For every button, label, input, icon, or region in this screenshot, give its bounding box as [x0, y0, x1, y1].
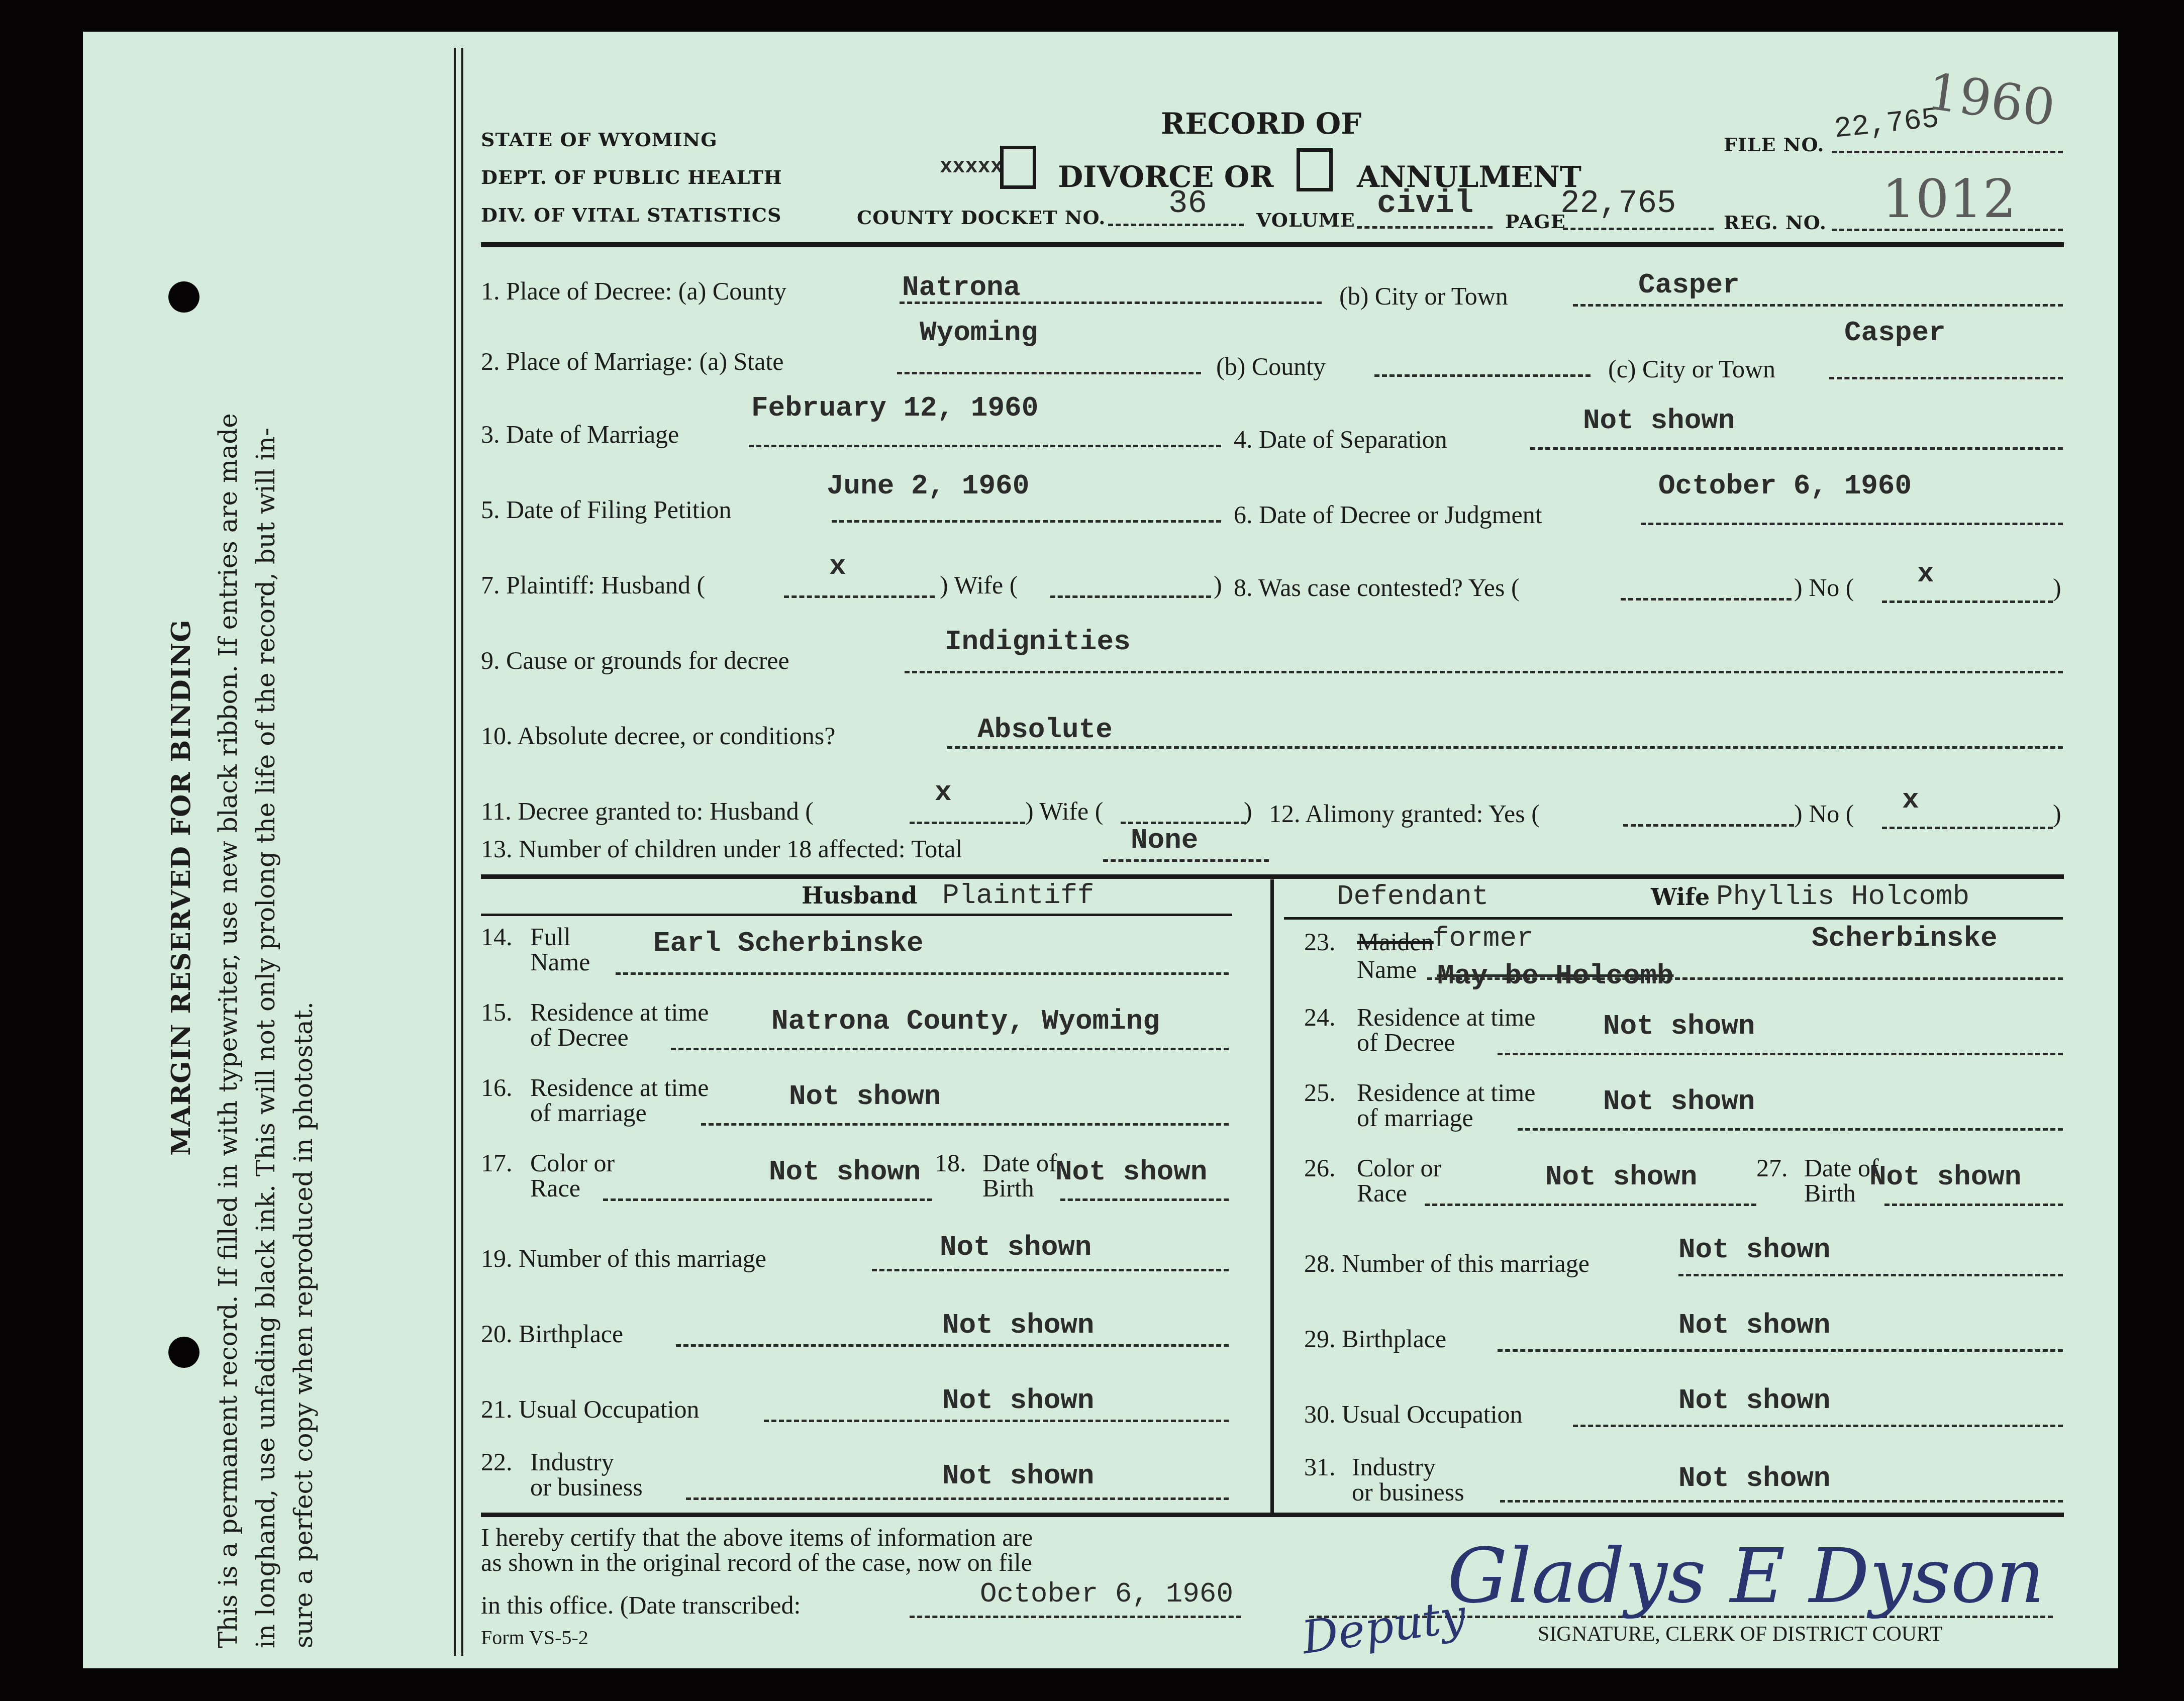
item-7-label: 7. Plaintiff: Husband ( — [481, 570, 705, 599]
item-4-label: 4. Date of Separation — [1234, 425, 1447, 454]
item-15-num: 15. — [481, 997, 513, 1027]
form-title-record-of: RECORD OF — [1161, 107, 1362, 141]
item-2-state-line — [897, 372, 1201, 374]
agency-division: DIV. OF VITAL STATISTICS — [481, 204, 782, 226]
item-22-value[interactable]: Not shown — [942, 1460, 1094, 1492]
item-28-label: 28. Number of this marriage — [1304, 1249, 1590, 1278]
item-29-label: 29. Birthplace — [1304, 1324, 1446, 1353]
party-section-divider — [1270, 879, 1274, 1515]
item-19-value[interactable]: Not shown — [940, 1231, 1091, 1263]
county-docket-line — [1108, 224, 1244, 226]
item-29-line — [1498, 1349, 2063, 1352]
party-section-rule — [481, 874, 2064, 879]
item-17-num: 17. — [481, 1148, 513, 1177]
county-docket-label: COUNTY DOCKET NO. — [857, 206, 1106, 229]
item-17-line — [603, 1198, 932, 1201]
item-8-close: ) — [2053, 573, 2061, 602]
item-4-line — [1530, 447, 2063, 450]
item-9-label: 9. Cause or grounds for decree — [481, 646, 789, 675]
item-12-no-line — [1882, 827, 2053, 829]
item-22-line — [686, 1497, 1229, 1500]
item-8-no-line — [1882, 601, 2053, 603]
item-13-label: 13. Number of children under 18 affected… — [481, 834, 962, 863]
binding-margin-line-inner — [461, 48, 463, 1656]
item-28-line — [1678, 1274, 2063, 1276]
item-7-close: ) — [1214, 570, 1222, 599]
item-19-line — [872, 1269, 1229, 1271]
item-11-husband-line — [910, 822, 1025, 824]
item-13-value[interactable]: None — [1131, 824, 1198, 856]
item-23-typed-over: former — [1432, 922, 1534, 954]
item-31-num: 31. — [1304, 1452, 1336, 1481]
item-12-no-mark[interactable]: x — [1902, 784, 1919, 816]
item-15-line — [671, 1048, 1229, 1050]
item-12-yes-line — [1623, 824, 1794, 827]
item-10-value[interactable]: Absolute — [977, 714, 1113, 746]
item-20-line — [676, 1344, 1229, 1347]
item-3-line — [749, 445, 1221, 447]
item-30-line — [1573, 1425, 2063, 1427]
page-label: PAGE — [1505, 210, 1566, 233]
item-13-line — [1103, 859, 1269, 862]
item-27-line — [1884, 1204, 2063, 1206]
item-24-line — [1498, 1053, 2063, 1055]
item-28-value[interactable]: Not shown — [1678, 1234, 1830, 1266]
item-21-label: 21. Usual Occupation — [481, 1394, 700, 1424]
item-21-value[interactable]: Not shown — [942, 1384, 1094, 1417]
wife-header-prefix: Defendant — [1337, 880, 1488, 913]
item-27-label-2: Birth — [1804, 1178, 1856, 1208]
item-8-label: 8. Was case contested? Yes ( — [1234, 573, 1520, 602]
item-14-line — [616, 972, 1229, 975]
item-16-label-2: of marriage — [530, 1098, 647, 1127]
clerk-signature[interactable]: Gladys E Dyson — [1447, 1533, 2045, 1620]
item-10-label: 10. Absolute decree, or conditions? — [481, 721, 835, 750]
item-2-label: 2. Place of Marriage: (a) State — [481, 347, 784, 376]
divorce-strikeout: xxxxx — [940, 155, 1003, 179]
reg-no-value[interactable]: 1012 — [1882, 168, 2016, 230]
item-11-label: 11. Decree granted to: Husband ( — [481, 796, 814, 826]
item-20-label: 20. Birthplace — [481, 1319, 623, 1348]
form-number: Form VS-5-2 — [481, 1626, 588, 1649]
husband-header-label: Husband — [802, 882, 917, 909]
item-6-line — [1641, 523, 2063, 525]
volume-value[interactable]: civil — [1377, 186, 1473, 222]
item-31-value[interactable]: Not shown — [1678, 1462, 1830, 1494]
agency-state: STATE OF WYOMING — [481, 128, 718, 151]
item-26-num: 26. — [1304, 1153, 1336, 1182]
item-25-label-2: of marriage — [1357, 1103, 1473, 1132]
item-1-city-line — [1573, 304, 2063, 307]
item-24-value[interactable]: Not shown — [1603, 1010, 1755, 1042]
item-25-num: 25. — [1304, 1078, 1336, 1107]
signature-caption: SIGNATURE, CLERK OF DISTRICT COURT — [1538, 1622, 1942, 1646]
wife-header-rule — [1284, 917, 2063, 920]
file-no-line — [1832, 151, 2063, 153]
item-8-no-label: ) No ( — [1794, 573, 1854, 602]
item-17-label-2: Race — [530, 1173, 580, 1203]
item-24-num: 24. — [1304, 1003, 1336, 1032]
item-2-state-value[interactable]: Wyoming — [920, 317, 1038, 349]
item-4-value[interactable]: Not shown — [1583, 405, 1735, 437]
punch-hole-bottom — [168, 1337, 200, 1368]
item-18-label-2: Birth — [982, 1173, 1034, 1203]
item-2-city-value[interactable]: Casper — [1844, 317, 1946, 349]
item-1-county-value[interactable]: Natrona — [902, 271, 1020, 304]
date-transcribed-value[interactable]: October 6, 1960 — [980, 1578, 1233, 1610]
item-23-value[interactable]: Scherbinske — [1812, 922, 1998, 954]
item-16-num: 16. — [481, 1073, 513, 1102]
item-22-label-2: or business — [530, 1472, 643, 1502]
item-30-label: 30. Usual Occupation — [1304, 1399, 1523, 1429]
record-form-paper — [83, 32, 2118, 1668]
item-27-num: 27. — [1756, 1153, 1788, 1182]
item-5-label: 5. Date of Filing Petition — [481, 495, 732, 524]
header-rule — [481, 242, 2064, 247]
item-14-num: 14. — [481, 922, 513, 951]
item-11-wife-label: ) Wife ( — [1025, 796, 1103, 826]
item-23-label-2: Name — [1357, 955, 1417, 984]
wife-header-value: Phyllis Holcomb — [1716, 880, 1969, 913]
item-23-struck-value: May be Holcomb — [1437, 960, 1673, 992]
certification-line-3: in this office. (Date transcribed: — [481, 1590, 801, 1620]
item-18-line — [1060, 1198, 1229, 1201]
wife-header-label: Wife — [1651, 883, 1710, 911]
item-18-value[interactable]: Not shown — [1055, 1156, 1207, 1188]
certification-rule — [481, 1513, 2064, 1517]
item-10-line — [947, 746, 2063, 749]
volume-label: VOLUME — [1256, 209, 1355, 231]
item-26-line — [1425, 1204, 1756, 1206]
item-7-wife-label: ) Wife ( — [940, 570, 1018, 599]
page-line — [1563, 228, 1714, 230]
divorce-label: DIVORCE OR — [1058, 160, 1273, 194]
margin-title: MARGIN RESERVED FOR BINDING — [166, 619, 196, 1156]
item-22-num: 22. — [481, 1447, 513, 1476]
margin-notice-line-3: sure a perfect copy when reproduced in p… — [289, 1002, 318, 1648]
item-1b-label: (b) City or Town — [1339, 281, 1508, 311]
item-5-line — [832, 520, 1221, 523]
husband-header-value: Plaintiff — [942, 879, 1094, 912]
item-11-husband-mark[interactable]: x — [935, 776, 952, 809]
item-25-value[interactable]: Not shown — [1603, 1085, 1755, 1118]
item-3-label: 3. Date of Marriage — [481, 420, 679, 449]
item-31-line — [1500, 1500, 2063, 1503]
item-6-label: 6. Date of Decree or Judgment — [1234, 500, 1542, 529]
item-2-city-line — [1829, 377, 2063, 379]
item-15-label-2: of Decree — [530, 1023, 629, 1052]
item-16-value[interactable]: Not shown — [789, 1080, 941, 1113]
item-26-value[interactable]: Not shown — [1545, 1161, 1697, 1193]
item-15-value[interactable]: Natrona County, Wyoming — [771, 1005, 1160, 1037]
item-7-wife-line — [1050, 595, 1211, 598]
item-5-value[interactable]: June 2, 1960 — [827, 470, 1029, 502]
item-20-value[interactable]: Not shown — [942, 1309, 1094, 1341]
item-7-husband-mark[interactable]: x — [829, 550, 846, 582]
file-no-label: FILE NO. — [1724, 133, 1825, 156]
item-16-line — [701, 1123, 1229, 1126]
item-1-city-value[interactable]: Casper — [1638, 269, 1740, 301]
margin-notice-line-2: in longhand, use unfading black ink. Thi… — [251, 428, 280, 1648]
date-transcribed-line — [910, 1616, 1241, 1618]
item-2-county-line — [1374, 374, 1591, 377]
item-14-label-2: Name — [530, 947, 590, 976]
county-docket-value[interactable]: 36 — [1168, 186, 1207, 222]
divorce-checkbox[interactable] — [1000, 146, 1036, 189]
item-7-husband-line — [784, 595, 935, 598]
item-24-label-2: of Decree — [1357, 1028, 1455, 1057]
item-30-value[interactable]: Not shown — [1678, 1384, 1830, 1417]
item-9-value[interactable]: Indignities — [945, 626, 1131, 658]
item-23-num: 23. — [1304, 927, 1336, 956]
volume-line — [1357, 226, 1493, 229]
item-2b-label: (b) County — [1216, 352, 1326, 381]
item-23-struck-label: Maiden — [1357, 927, 1434, 956]
agency-dept: DEPT. OF PUBLIC HEALTH — [481, 166, 782, 188]
item-25-line — [1518, 1128, 2063, 1131]
item-18-num: 18. — [935, 1148, 966, 1177]
item-6-value[interactable]: October 6, 1960 — [1658, 470, 1912, 502]
item-12-label: 12. Alimony granted: Yes ( — [1269, 799, 1540, 828]
item-1-label: 1. Place of Decree: (a) County — [481, 276, 786, 306]
item-11-close: ) — [1244, 796, 1252, 826]
husband-header-rule — [481, 914, 1232, 916]
item-29-value[interactable]: Not shown — [1678, 1309, 1830, 1341]
page-value[interactable]: 22,765 — [1560, 186, 1676, 222]
item-2c-label: (c) City or Town — [1608, 354, 1775, 383]
item-19-label: 19. Number of this marriage — [481, 1244, 766, 1273]
certification-line-2: as shown in the original record of the c… — [481, 1548, 1032, 1577]
item-12-no-label: ) No ( — [1794, 799, 1854, 828]
punch-hole-top — [168, 281, 200, 313]
item-17-value[interactable]: Not shown — [769, 1156, 921, 1188]
item-21-line — [764, 1420, 1229, 1422]
item-12-close: ) — [2053, 799, 2061, 828]
item-27-value[interactable]: Not shown — [1869, 1161, 2021, 1193]
item-31-label-2: or business — [1352, 1477, 1464, 1507]
item-26-label-2: Race — [1357, 1178, 1407, 1208]
item-8-no-mark[interactable]: x — [1917, 558, 1934, 590]
item-8-yes-line — [1621, 598, 1792, 601]
item-14-value[interactable]: Earl Scherbinske — [653, 927, 924, 959]
item-3-value[interactable]: February 12, 1960 — [751, 392, 1038, 424]
margin-notice-line-1: This is a permanent record. If filled in… — [214, 413, 243, 1648]
annulment-checkbox[interactable] — [1297, 148, 1333, 191]
binding-margin-line — [454, 48, 456, 1656]
item-9-line — [905, 671, 2063, 673]
reg-no-label: REG. NO. — [1724, 211, 1827, 234]
